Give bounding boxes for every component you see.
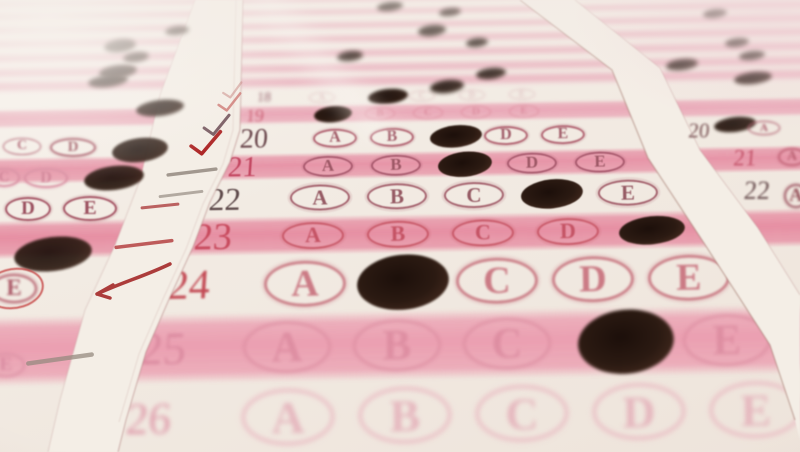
answer-row-22: 22ABCE bbox=[0, 171, 800, 221]
pencil-mark bbox=[165, 24, 190, 36]
bubble-b: B bbox=[367, 220, 429, 248]
bubble-e: E bbox=[683, 313, 772, 366]
check-mark bbox=[190, 132, 222, 155]
question-number: 20 bbox=[239, 125, 269, 153]
pencil-mark bbox=[98, 62, 137, 80]
bubble-b: B bbox=[359, 386, 452, 443]
question-number: 25 bbox=[138, 326, 187, 373]
answer-row-25: 25ABCE bbox=[0, 303, 800, 387]
blurred-answer-stripe bbox=[0, 40, 800, 64]
question-number: 23 bbox=[193, 217, 234, 256]
pencil-mark bbox=[135, 97, 185, 119]
pencil-mark bbox=[122, 50, 149, 63]
top-haze bbox=[0, 0, 800, 452]
question-number: 18 bbox=[256, 91, 271, 105]
bubble-e: E bbox=[598, 179, 658, 206]
bubble-a: A bbox=[748, 121, 780, 135]
dash-mark bbox=[168, 169, 216, 175]
bubble-a: A bbox=[778, 148, 800, 166]
pencil-mark bbox=[417, 23, 446, 37]
column-margin-left bbox=[48, 0, 243, 452]
margin-left-left-edge-line bbox=[48, 0, 195, 452]
arrow-mark bbox=[97, 264, 170, 298]
bubble-a: A bbox=[264, 260, 347, 307]
filled-bubble-b bbox=[367, 86, 408, 105]
bubble-a: A bbox=[290, 184, 350, 211]
filled-bubble-c bbox=[437, 149, 493, 179]
pencil-mark bbox=[103, 37, 136, 54]
bubble-b: B bbox=[370, 127, 414, 147]
pencil-mark bbox=[475, 66, 506, 81]
bubble-a: A bbox=[313, 128, 357, 148]
filled-bubble-a bbox=[313, 104, 352, 124]
answer-row-23: 23ABCD bbox=[0, 207, 800, 260]
bubble-c: C bbox=[444, 182, 504, 209]
answer-row-24: 24ACDE bbox=[0, 246, 800, 317]
bubble-d: D bbox=[459, 89, 485, 100]
check-mark bbox=[222, 82, 243, 98]
bubble-d: D bbox=[50, 138, 96, 157]
filled-bubble-d bbox=[575, 305, 677, 379]
pencil-mark bbox=[733, 70, 772, 87]
bubble-a: A bbox=[303, 155, 353, 177]
filled-bubble-d bbox=[520, 176, 585, 211]
red-circle-annotation bbox=[0, 263, 47, 313]
vignette bbox=[0, 0, 800, 452]
bubble-a: A bbox=[282, 221, 344, 249]
bubble-b: B bbox=[353, 319, 442, 372]
bubble-e: E bbox=[709, 381, 800, 438]
bubble-e: E bbox=[648, 254, 731, 301]
bubble-d: D bbox=[461, 105, 491, 118]
left-column-layer: CDCDDEEE bbox=[0, 0, 800, 452]
pencil-mark bbox=[439, 7, 462, 18]
margin-left-right-edge-line bbox=[118, 0, 243, 452]
question-number: 19 bbox=[245, 106, 264, 124]
answer-row-18: 18ACDE bbox=[0, 80, 800, 111]
question-number: 21 bbox=[227, 152, 258, 181]
bubble-a: A bbox=[309, 91, 335, 102]
question-number: 26 bbox=[124, 396, 172, 442]
check-mark bbox=[218, 93, 242, 111]
dash-mark bbox=[116, 241, 172, 248]
bubble-d: D bbox=[24, 168, 68, 188]
question-number: 20 bbox=[688, 121, 711, 142]
column-margins bbox=[0, 0, 800, 452]
bubble-d: D bbox=[592, 383, 685, 440]
filled-bubble-b bbox=[354, 250, 451, 314]
blurred-answer-stripe bbox=[0, 67, 800, 93]
filled-bubble-c bbox=[429, 122, 483, 149]
bubble-d: D bbox=[484, 125, 528, 145]
pencil-mark bbox=[336, 49, 363, 62]
column-margin-right bbox=[520, 0, 800, 440]
answer-rows-layer: 18ACDE19BCDE20ABDE21ABDE22ABCE23ABCD24AC… bbox=[0, 0, 800, 452]
bubble-d: D bbox=[5, 197, 51, 221]
blurred-answer-stripe bbox=[0, 54, 800, 79]
bubble-c: C bbox=[409, 90, 435, 101]
answer-row-21: 21ABDE bbox=[0, 144, 800, 185]
dash-mark bbox=[160, 191, 202, 196]
pencil-mark bbox=[665, 57, 698, 72]
bubble-e: E bbox=[0, 274, 37, 303]
pencil-mark bbox=[725, 36, 750, 48]
bubble-a: A bbox=[242, 388, 335, 445]
pencil-mark bbox=[429, 77, 464, 94]
right-column-layer: AAA202122 bbox=[0, 0, 800, 452]
blurred-answer-stripe bbox=[0, 0, 800, 8]
blur-streak bbox=[240, 0, 402, 153]
pencil-mark bbox=[703, 7, 728, 19]
bubble-e: E bbox=[0, 353, 25, 377]
bubble-b: B bbox=[367, 183, 427, 210]
filled-bubble-e bbox=[618, 212, 687, 247]
bubble-d: D bbox=[537, 217, 599, 245]
bubble-c: C bbox=[475, 385, 568, 442]
margin-left-inner-line bbox=[119, 0, 236, 422]
dash-mark bbox=[142, 204, 178, 208]
question-number: 24 bbox=[166, 264, 211, 307]
question-number: 21 bbox=[732, 147, 757, 170]
bubble-b: B bbox=[371, 154, 421, 176]
bubble-b: B bbox=[365, 106, 395, 119]
answer-row-19: 19BCDE bbox=[0, 96, 800, 129]
margin-right-right-edge-line bbox=[575, 0, 800, 295]
margin-right-left-edge-line bbox=[520, 0, 795, 420]
blurred-answer-stripe bbox=[0, 0, 800, 21]
pencil-mark bbox=[713, 114, 757, 134]
haze-overlay bbox=[0, 0, 800, 452]
bubble-e: E bbox=[541, 124, 585, 144]
blurred-answer-stripe bbox=[0, 26, 800, 49]
bubble-d: D bbox=[507, 152, 557, 174]
top-left-haze bbox=[0, 0, 800, 452]
pencil-mark bbox=[12, 232, 94, 275]
scantron-photo: 18ACDE19BCDE20ABDE21ABDE22ABCE23ABCD24AC… bbox=[0, 0, 800, 452]
pencil-mark bbox=[87, 73, 128, 90]
pencil-marks-layer bbox=[0, 0, 800, 452]
bubble-d: D bbox=[552, 255, 635, 302]
top-right-haze bbox=[0, 0, 800, 452]
bubble-a: A bbox=[243, 320, 332, 373]
grader-marks-layer bbox=[0, 0, 800, 452]
bubble-c: C bbox=[3, 138, 41, 155]
bubble-c: C bbox=[452, 218, 514, 246]
bubble-c: C bbox=[413, 106, 443, 119]
question-number: 22 bbox=[208, 183, 242, 216]
check-mark bbox=[203, 115, 230, 135]
pencil-mark bbox=[83, 162, 145, 193]
bubble-a: A bbox=[784, 184, 800, 208]
pencil-mark bbox=[739, 49, 766, 61]
top-stripes-layer bbox=[0, 0, 800, 452]
bubble-e: E bbox=[575, 151, 625, 173]
bubble-e: E bbox=[63, 196, 117, 221]
bubble-e: E bbox=[509, 88, 535, 99]
answer-row-26: 26ABCDE bbox=[0, 373, 800, 452]
dash-mark bbox=[28, 355, 91, 364]
bubble-c: C bbox=[0, 168, 20, 187]
bubble-c: C bbox=[463, 317, 552, 370]
answer-row-20: 20ABDE bbox=[0, 115, 800, 158]
bubble-e: E bbox=[509, 104, 539, 117]
pencil-mark bbox=[377, 0, 404, 12]
question-number: 22 bbox=[743, 178, 771, 204]
pencil-mark bbox=[466, 36, 489, 48]
pencil-mark bbox=[111, 135, 170, 166]
blurred-answer-stripe bbox=[0, 13, 800, 35]
bubble-c: C bbox=[456, 257, 539, 304]
